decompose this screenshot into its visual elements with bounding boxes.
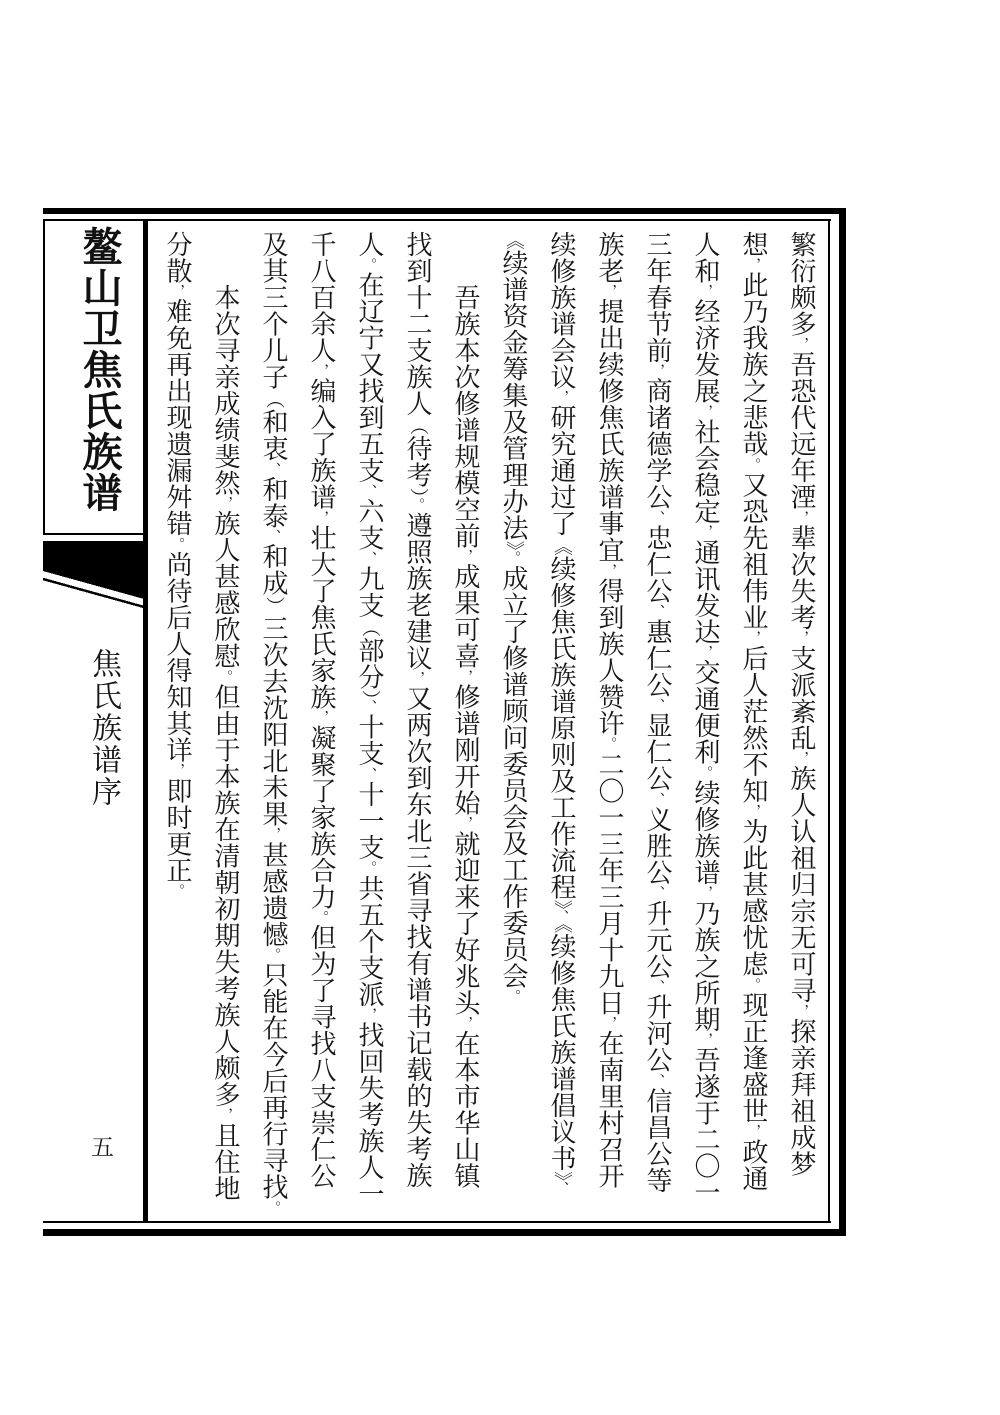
text-column-9: 找到十二支族人（待考）。遵照族老建议，又两次到东北三省寻找有谱书记载的失考族: [393, 231, 441, 1221]
sidebar-rule-line: [43, 533, 144, 535]
page-number: 五: [91, 1129, 114, 1162]
corner-fold-decoration: [43, 533, 144, 613]
book-title: 鳌山卫焦氏族谱: [68, 226, 130, 513]
section-title: 焦氏族谱序: [85, 648, 121, 808]
text-column-7: 《续谱资金筹集及管理办法》。成立了修谱顾问委员会及工作委员会。: [489, 231, 537, 1221]
frame-bottom-thin-border: [43, 1221, 831, 1223]
text-column-2: 想，此乃我族之悲哉。又恐先祖伟业，后人茫然不知，为此甚感忧虑。现正逢盛世，政通: [729, 231, 777, 1221]
preface-text-area: 繁衍颇多，吾恐代远年湮，辈次失考，支派紊乱，族人认祖归宗无可寻，探亲拜祖成梦 想…: [148, 231, 825, 1221]
text-column-5: 族老，提出续修焦氏族谱事宜，得到族人赞许。二〇一三年三月十九日，在南里村召开: [585, 231, 633, 1221]
text-column-14: 分散，难免再出现遗漏舛错。尚待后人得知其详，即时更正。: [153, 231, 201, 1221]
title-block-left-border: [43, 219, 45, 535]
text-column-6: 续修族谱会议，研究通过了《续修焦氏族谱原则及工作流程》、《续修焦氏族谱倡议书》、: [537, 231, 585, 1221]
frame-bottom-thick-border: [43, 1229, 846, 1236]
text-column-10: 人。在辽宁又找到五支、六支、九支（部分）、十支、十一支。共五个支派，找回失考族人…: [345, 231, 393, 1221]
text-column-4: 三年春节前，商诸德学公、忠仁公、惠仁公、显仁公、义胜公、升元公、升河公、信昌公等: [633, 231, 681, 1221]
frame-right-thick-border: [839, 208, 846, 1236]
text-column-13: 本次寻亲成绩斐然，族人甚感欣慰。但由于本族在清朝初期失考族人颇多，且住地: [201, 231, 249, 1221]
text-column-8: 吾族本次修谱规模空前，成果可喜，修谱刚开始，就迎来了好兆头，在本市华山镇: [441, 231, 489, 1221]
text-column-3: 人和，经济发展，社会稳定，通讯发达，交通便利。续修族谱，乃族之所期，吾遂于二〇一: [681, 231, 729, 1221]
frame-right-thin-border: [828, 219, 830, 1223]
text-column-12: 及其三个儿子（和衷、和泰、和成）三次去沈阳北未果，甚感遗憾。只能在今后再行寻找。: [249, 231, 297, 1221]
text-column-11: 千八百余人，编入了族谱，壮大了焦氏家族，凝聚了家族合力。但为了寻找八支崇仁公: [297, 231, 345, 1221]
black-band-shape: [43, 541, 144, 599]
text-column-1: 繁衍颇多，吾恐代远年湮，辈次失考，支派紊乱，族人认祖归宗无可寻，探亲拜祖成梦: [777, 231, 825, 1221]
genealogy-book-page: 鳌山卫焦氏族谱 焦氏族谱序 五 繁衍颇多，吾恐代远年湮，辈次失考，支派紊乱，族人…: [0, 0, 1000, 1415]
frame-top-thin-border: [43, 219, 831, 221]
frame-top-thick-border: [43, 208, 846, 214]
